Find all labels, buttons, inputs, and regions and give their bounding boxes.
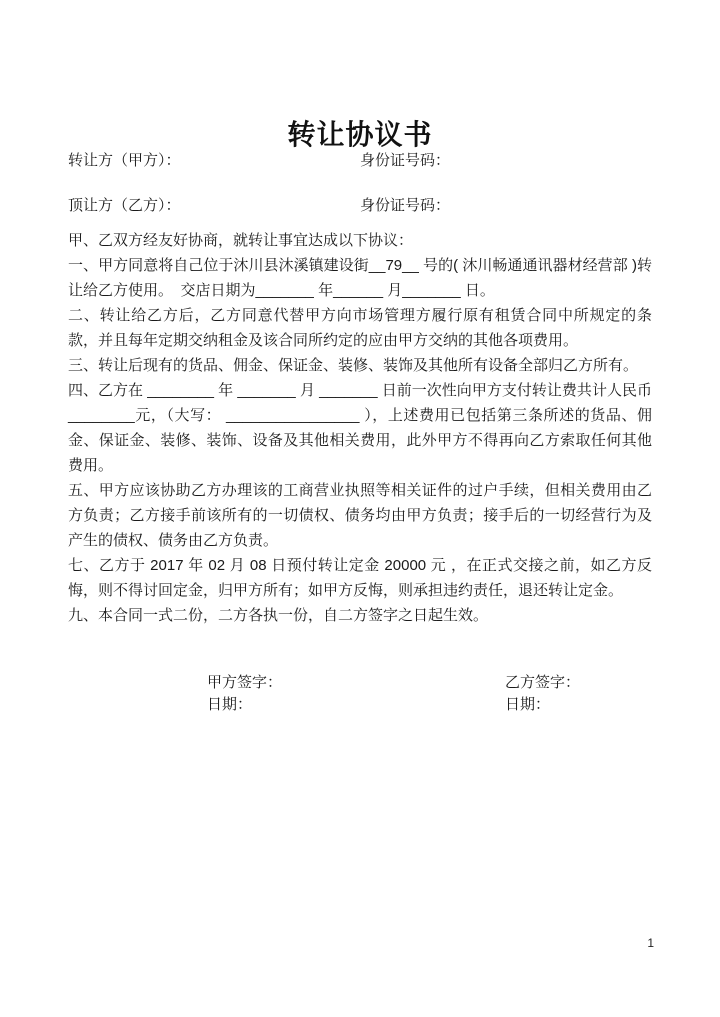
clause-2: 二、转让给乙方后，乙方同意代替甲方向市场管理方履行原有租赁合同中所规定的条款，并… [68,303,652,353]
party-b-signature-column: 乙方签字： 日期： [505,672,580,716]
party-a-id-label: 身份证号码： [360,149,450,170]
signature-block: 甲方签字： 日期： 乙方签字： 日期： [68,672,652,722]
party-b-row: 顶让方（乙方）： 身份证号码： [68,194,652,214]
page-number: 1 [647,936,654,950]
party-a-signature-column: 甲方签字： 日期： [207,672,282,716]
party-b-label: 顶让方（乙方）： [68,194,181,215]
clause-4: 四、乙方在 ________ 年 _______ 月 _______ 日前一次性… [68,378,652,478]
party-a-sign-label: 甲方签字： [207,672,282,694]
intro-line: 甲、乙双方经友好协商，就转让事宜达成以下协议： [68,228,652,253]
document-page: 转让协议书 转让方（甲方）： 身份证号码： 顶让方（乙方）： 身份证号码： 甲、… [0,0,720,1017]
party-b-sign-label: 乙方签字： [505,672,580,694]
clause-3: 三、转让后现有的货品、佣金、保证金、装修、装饰及其他所有设备全部归乙方所有。 [68,353,652,378]
party-b-date-label: 日期： [505,694,580,716]
clause-5: 五、甲方应该协助乙方办理该的工商营业执照等相关证件的过户手续，但相关费用由乙方负… [68,478,652,553]
party-a-date-label: 日期： [207,694,282,716]
agreement-body: 甲、乙双方经友好协商，就转让事宜达成以下协议： 一、甲方同意将自己位于沐川县沐溪… [68,228,652,628]
page-title: 转让协议书 [68,113,652,153]
clause-7: 七、乙方于 2017 年 02 月 08 日预付转让定金 20000 元 ，在正… [68,553,652,603]
party-a-row: 转让方（甲方）： 身份证号码： [68,149,652,169]
party-b-id-label: 身份证号码： [360,194,450,215]
clause-9: 九、本合同一式二份，二方各执一份，自二方签字之日起生效。 [68,603,652,628]
clause-1: 一、甲方同意将自己位于沐川县沐溪镇建设街__79__ 号的( 沐川畅通通讯器材经… [68,253,652,303]
party-a-label: 转让方（甲方）： [68,149,181,170]
